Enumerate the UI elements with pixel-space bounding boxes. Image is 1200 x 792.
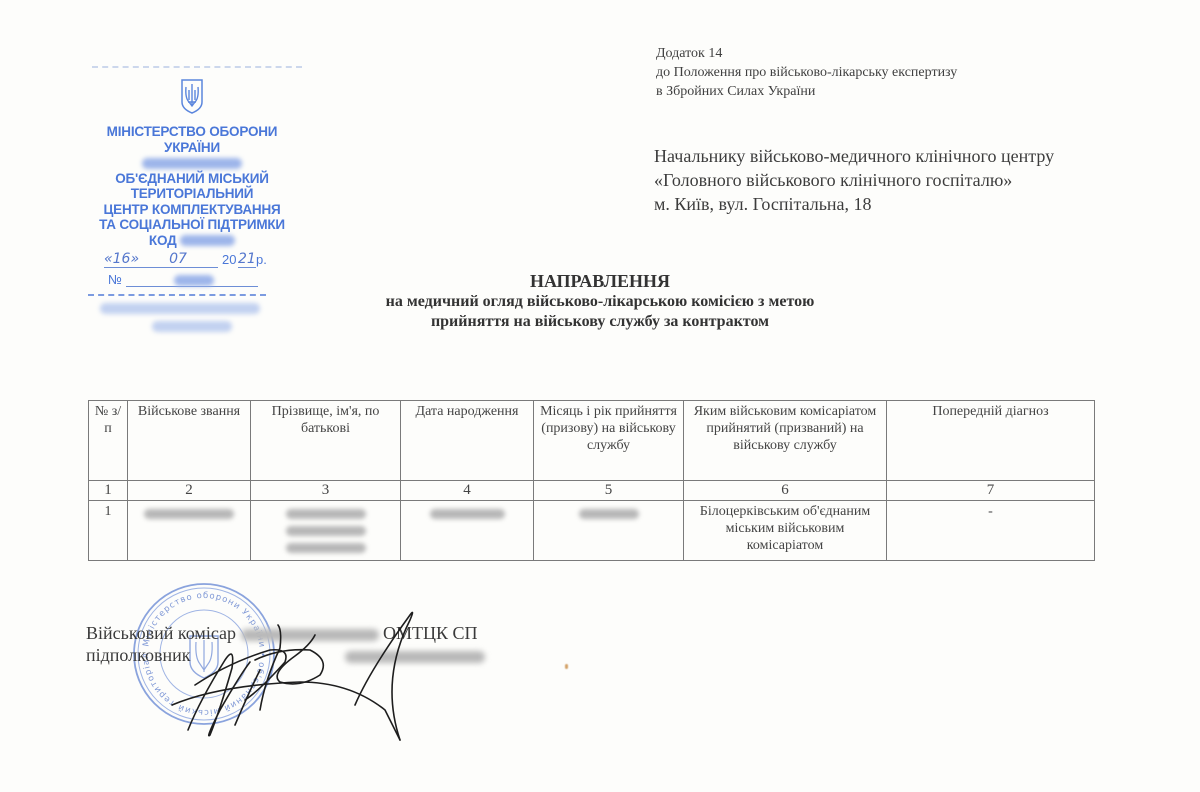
stamp-redacted-line: [86, 155, 298, 171]
header-commissariat: Яким військовим комісаріатом прийнятий (…: [684, 401, 887, 481]
stamp-date-day: «16»: [104, 251, 139, 268]
column-number: 2: [128, 481, 251, 501]
appendix-header: Додаток 14 до Положення про військово-лі…: [656, 44, 957, 101]
column-number: 5: [534, 481, 684, 501]
addressee-line-3: м. Київ, вул. Госпітальна, 18: [654, 192, 1054, 216]
stamp-redacted-address: [86, 300, 298, 316]
handwritten-signature-icon: [160, 590, 440, 750]
stamp-date-month: 07: [138, 251, 218, 268]
header-diagnosis: Попередній діагноз: [887, 401, 1095, 481]
table-row: 1 Білоцерківським об'єднаним міським вій…: [89, 501, 1095, 561]
column-number: 1: [89, 481, 128, 501]
stamp-date: «16» 07 20 21 р.: [86, 251, 298, 269]
stamp-top-dash: [92, 66, 302, 70]
header-rank: Військове звання: [128, 401, 251, 481]
stamp-line-support: ТА СОЦІАЛЬНОЇ ПІДТРИМКИ: [86, 217, 298, 233]
cell-diagnosis: -: [887, 501, 1095, 561]
stamp-number-label: №: [108, 272, 122, 287]
stamp-code: КОД: [86, 233, 298, 249]
appendix-line-3: в Збройних Силах України: [656, 82, 957, 101]
stamp-date-year-suffix: 21: [238, 251, 256, 268]
header-full-name: Прізвище, ім'я, по батькові: [251, 401, 401, 481]
document-title: НАПРАВЛЕННЯ на медичний огляд військово-…: [300, 270, 900, 332]
document-page: МІНІСТЕРСТВО ОБОРОНИ УКРАЇНИ ОБ'ЄДНАНИЙ …: [0, 0, 1200, 792]
table-header-row: № з/п Військове звання Прізвище, ім'я, п…: [89, 401, 1095, 481]
cell-index: 1: [89, 501, 128, 561]
appendix-line-2: до Положення про військово-лікарську екс…: [656, 63, 957, 82]
header-enlistment-date: Місяць і рік прийняття (призову) на війс…: [534, 401, 684, 481]
cell-full-name-redacted: [251, 501, 401, 561]
ministry-corner-stamp: МІНІСТЕРСТВО ОБОРОНИ УКРАЇНИ ОБ'ЄДНАНИЙ …: [86, 66, 298, 334]
header-index: № з/п: [89, 401, 128, 481]
cell-birth-date-redacted: [401, 501, 534, 561]
stamp-line-ukraine: УКРАЇНИ: [86, 140, 298, 156]
cell-commissariat: Білоцерківським об'єднаним міським війсь…: [684, 501, 887, 561]
stamp-line-territorial: ТЕРИТОРІАЛЬНИЙ: [86, 186, 298, 202]
paper-mark: [565, 664, 568, 669]
stamp-redacted-address-2: [86, 319, 298, 335]
stamp-divider: [88, 294, 266, 296]
addressee-line-1: Начальнику військово-медичного клінічног…: [654, 144, 1054, 168]
cell-rank-redacted: [128, 501, 251, 561]
column-number: 4: [401, 481, 534, 501]
column-number: 3: [251, 481, 401, 501]
stamp-line-united: ОБ'ЄДНАНИЙ МІСЬКИЙ: [86, 171, 298, 187]
stamp-number-row: №: [86, 272, 298, 290]
addressee-block: Начальнику військово-медичного клінічног…: [654, 144, 1054, 216]
trident-coat-of-arms-icon: [180, 78, 204, 114]
appendix-line-1: Додаток 14: [656, 44, 957, 63]
title-subtitle-2: прийняття на військову службу за контрак…: [300, 312, 900, 332]
cell-enlistment-date-redacted: [534, 501, 684, 561]
stamp-date-year-prefix: 20: [222, 252, 236, 267]
column-number: 7: [887, 481, 1095, 501]
table-column-numbers-row: 1 2 3 4 5 6 7: [89, 481, 1095, 501]
referral-table: № з/п Військове звання Прізвище, ім'я, п…: [88, 400, 1095, 561]
stamp-line-center: ЦЕНТР КОМПЛЕКТУВАННЯ: [86, 202, 298, 218]
stamp-line-ministry: МІНІСТЕРСТВО ОБОРОНИ: [86, 124, 298, 140]
title-subtitle-1: на медичний огляд військово-лікарською к…: [300, 292, 900, 312]
stamp-code-label: КОД: [149, 233, 177, 248]
header-birth-date: Дата народження: [401, 401, 534, 481]
stamp-date-year-label: р.: [256, 252, 267, 267]
column-number: 6: [684, 481, 887, 501]
title-heading: НАПРАВЛЕННЯ: [300, 270, 900, 292]
addressee-line-2: «Головного військового клінічного госпіт…: [654, 168, 1054, 192]
